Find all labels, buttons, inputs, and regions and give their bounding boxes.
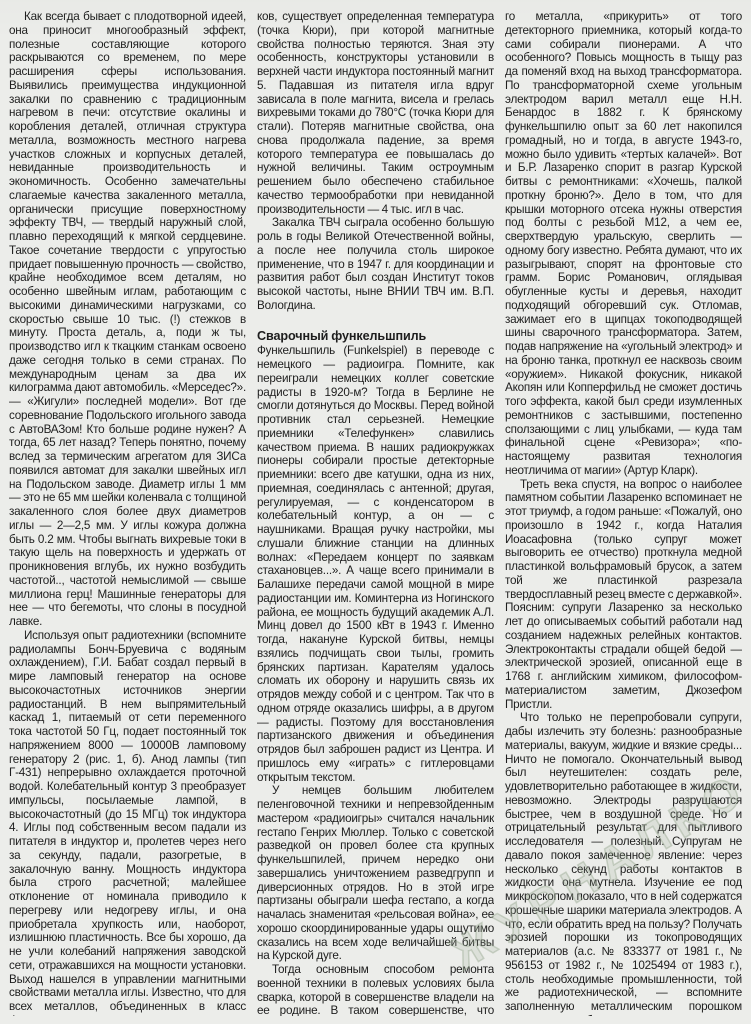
- text-column-1: Как всегда бывает с плодотворной идеей, …: [9, 10, 246, 1016]
- body-paragraph: Что только не перепробовали супруги, даб…: [505, 711, 742, 1016]
- body-paragraph: го металла, «прикурить» от того детектор…: [505, 10, 742, 478]
- text-column-3: го металла, «прикурить» от того детектор…: [505, 10, 742, 1016]
- body-paragraph: Треть века спустя, на вопрос о наиболее …: [505, 478, 742, 712]
- body-paragraph: Используя опыт радиотехники (вспомните р…: [9, 629, 246, 1016]
- magazine-page: Как всегда бывает с плодотворной идеей, …: [0, 0, 751, 1024]
- body-paragraph: У немцев большим любителем пеленговочной…: [257, 784, 494, 963]
- body-paragraph: Закалка ТВЧ сыграла особенно большую рол…: [257, 216, 494, 312]
- text-column-2: ков, существует определенная температура…: [257, 10, 494, 1016]
- section-heading: Сварочный функельшпиль: [257, 330, 494, 344]
- body-paragraph: Функельшпиль (Funkelspiel) в переводе с …: [257, 344, 494, 784]
- body-paragraph: Тогда основным способом ремонта военной …: [257, 963, 494, 1016]
- body-paragraph: ков, существует определенная температура…: [257, 10, 494, 216]
- body-paragraph: Как всегда бывает с плодотворной идеей, …: [9, 10, 246, 629]
